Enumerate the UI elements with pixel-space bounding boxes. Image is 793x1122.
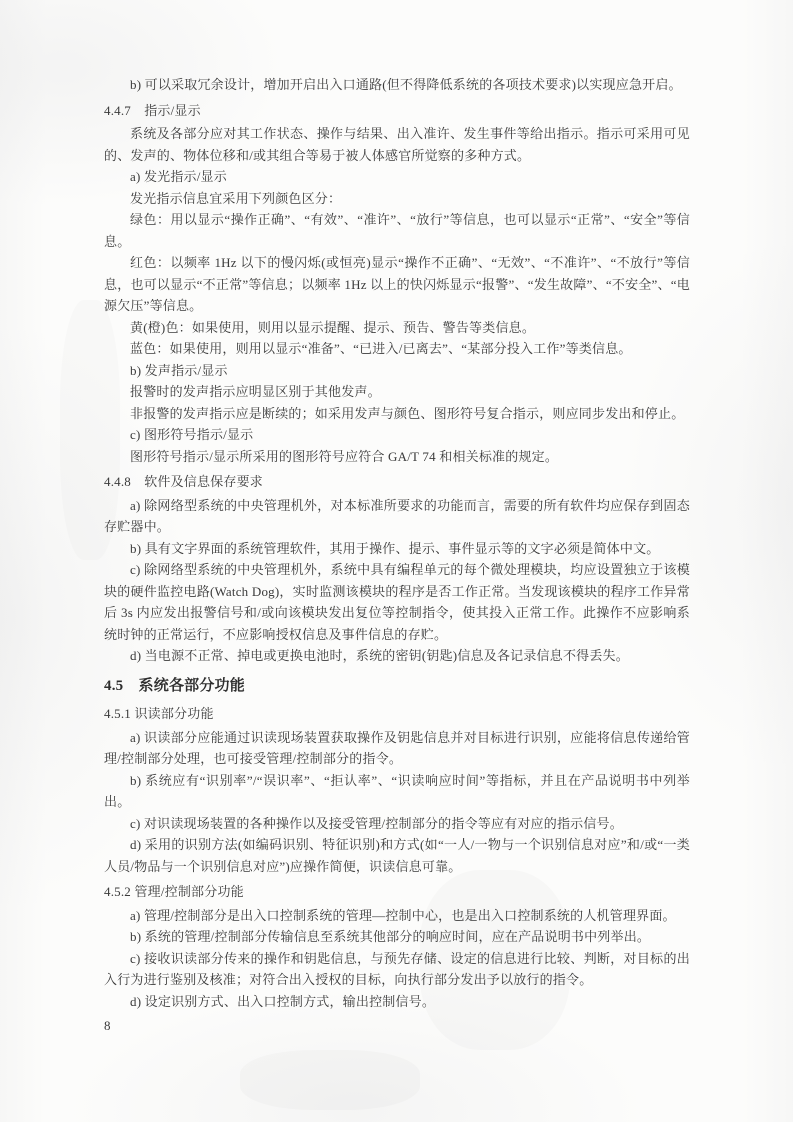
clause-paragraph: 红色：以频率 1Hz 以下的慢闪烁(或恒亮)显示“操作不正确”、“无效”、“不准… <box>104 252 690 317</box>
document-text-block: b) 可以采取冗余设计，增加开启出入口通路(但不得降低系统的各项技术要求)以实现… <box>104 74 690 1050</box>
section-heading-4-5-2: 4.5.2 管理/控制部分功能 <box>104 881 690 903</box>
clause-paragraph: c) 对识读现场装置的各种操作以及接受管理/控制部分的指令等应有对应的指示信号。 <box>104 813 690 835</box>
clause-paragraph: c) 接收识读部分传来的操作和钥匙信息，与预先存储、设定的信息进行比较、判断，对… <box>104 948 690 991</box>
clause-paragraph: d) 当电源不正常、掉电或更换电池时，系统的密钥(钥匙)信息及各记录信息不得丢失… <box>104 645 690 667</box>
clause-paragraph: b) 系统应有“识别率”/“误识率”、“拒认率”、“识读响应时间”等指标，并且在… <box>104 770 690 813</box>
clause-paragraph: 非报警的发声指示应是断续的；如采用发声与颜色、图形符号复合指示，则应同步发出和停… <box>104 403 690 425</box>
clause-paragraph: b) 可以采取冗余设计，增加开启出入口通路(但不得降低系统的各项技术要求)以实现… <box>104 74 690 96</box>
clause-paragraph: 图形符号指示/显示所采用的图形符号应符合 GA/T 74 和相关标准的规定。 <box>104 446 690 468</box>
clause-paragraph: 绿色：用以显示“操作正确”、“有效”、“准许”、“放行”等信息，也可以显示“正常… <box>104 209 690 252</box>
section-heading-4-4-7: 4.4.7 指示/显示 <box>104 100 690 122</box>
clause-paragraph: c) 图形符号指示/显示 <box>104 424 690 446</box>
section-heading-4-5-1: 4.5.1 识读部分功能 <box>104 703 690 725</box>
clause-paragraph: 黄(橙)色：如果使用，则用以显示提醒、提示、预告、警告等类信息。 <box>104 317 690 339</box>
clause-paragraph: a) 除网络型系统的中央管理机外，对本标准所要求的功能而言，需要的所有软件均应保… <box>104 495 690 538</box>
clause-paragraph: a) 识读部分应能通过识读现场装置获取操作及钥匙信息并对目标进行识别，应能将信息… <box>104 727 690 770</box>
clause-paragraph: d) 设定识别方式、出入口控制方式，输出控制信号。 <box>104 991 690 1013</box>
clause-paragraph: b) 发声指示/显示 <box>104 360 690 382</box>
clause-paragraph: a) 发光指示/显示 <box>104 166 690 188</box>
scanned-document-page: b) 可以采取冗余设计，增加开启出入口通路(但不得降低系统的各项技术要求)以实现… <box>0 0 793 1122</box>
section-heading-4-5: 4.5 系统各部分功能 <box>104 676 690 698</box>
clause-paragraph: a) 管理/控制部分是出入口控制系统的管理—控制中心，也是出入口控制系统的人机管… <box>104 905 690 927</box>
page-number: 8 <box>104 1015 690 1037</box>
clause-paragraph: d) 采用的识别方法(如编码识别、特征识别)和方式(如“一人/一物与一个识别信息… <box>104 834 690 877</box>
section-heading-4-4-8: 4.4.8 软件及信息保存要求 <box>104 471 690 493</box>
clause-paragraph: 发光指示信息宜采用下列颜色区分： <box>104 188 690 210</box>
clause-paragraph: b) 具有文字界面的系统管理软件，其用于操作、提示、事件显示等的文字必须是简体中… <box>104 538 690 560</box>
clause-paragraph: 报警时的发声指示应明显区别于其他发声。 <box>104 381 690 403</box>
clause-paragraph: 系统及各部分应对其工作状态、操作与结果、出入准许、发生事件等给出指示。指示可采用… <box>104 123 690 166</box>
clause-paragraph: c) 除网络型系统的中央管理机外，系统中具有编程单元的每个微处理模块，均应设置独… <box>104 559 690 645</box>
clause-paragraph: b) 系统的管理/控制部分传输信息至系统其他部分的响应时间，应在产品说明书中列举… <box>104 926 690 948</box>
scan-smudge <box>240 1050 420 1110</box>
clause-paragraph: 蓝色：如果使用，则用以显示“准备”、“已进入/已离去”、“某部分投入工作”等类信… <box>104 338 690 360</box>
